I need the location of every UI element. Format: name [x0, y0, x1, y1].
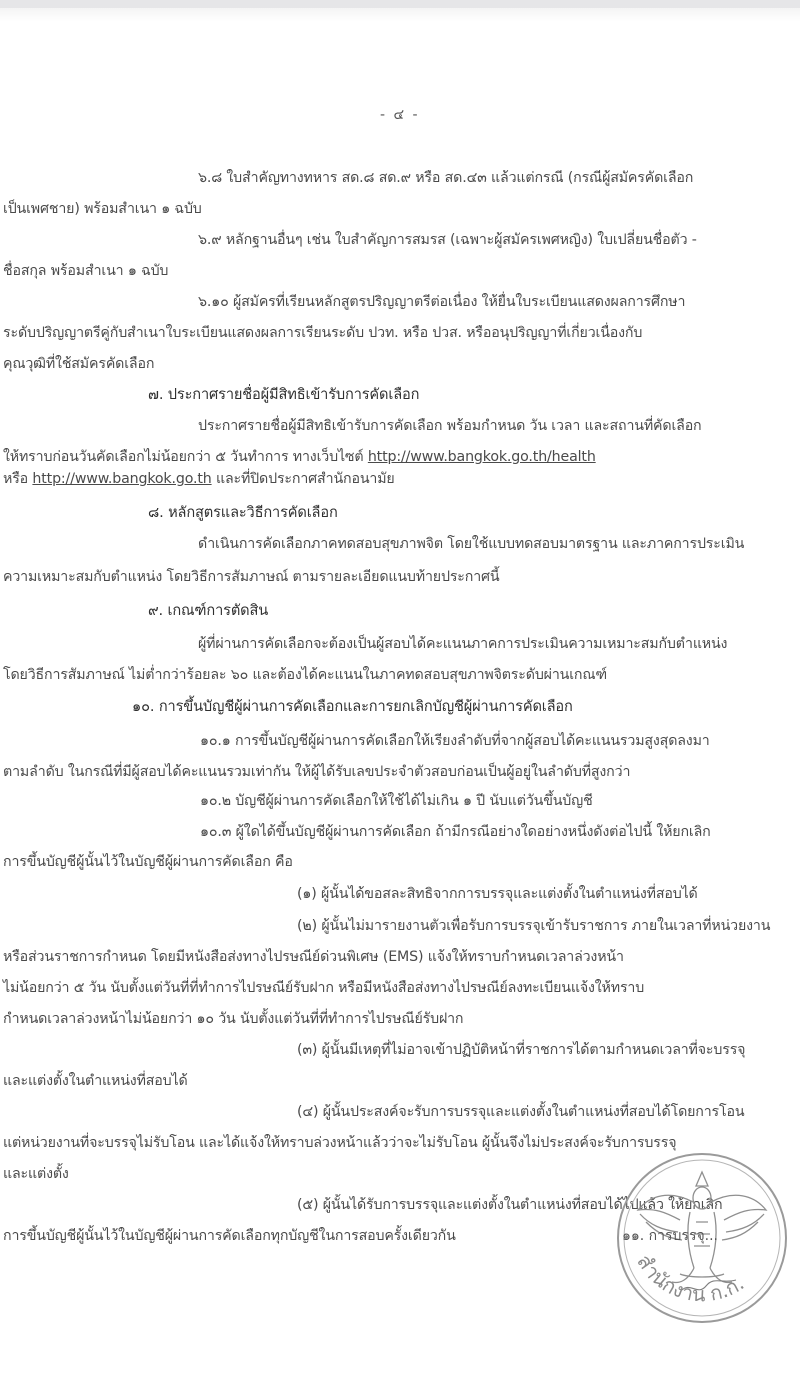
clause-6-9-line-2: ชื่อสกุล พร้อมสำเนา ๑ ฉบับ — [3, 261, 168, 281]
section-10-heading: ๑๐. การขึ้นบัญชีผู้ผ่านการคัดเลือกและการ… — [132, 697, 573, 717]
section-8-heading: ๘. หลักสูตรและวิธีการคัดเลือก — [148, 503, 338, 523]
document-page: - ๔ - ๖.๘ ใบสำคัญทางทหาร สด.๘ สด.๙ หรือ … — [0, 0, 800, 1385]
stamp-text: สำนักงาน ก.ก. — [632, 1250, 748, 1306]
section-7-heading: ๗. ประกาศรายชื่อผู้มีสิทธิเข้ารับการคัดเ… — [148, 385, 419, 405]
clause-10-1-line-2: ตามลำดับ ในกรณีที่มีผู้สอบได้คะแนนรวมเท่… — [3, 762, 630, 782]
next-page-continuation: ๑๑. การบรรจุ... — [622, 1225, 718, 1247]
clause-10-3-line-2: การขึ้นบัญชีผู้นั้นไว้ในบัญชีผู้ผ่านการค… — [3, 852, 293, 872]
section-7-line-1: ประกาศรายชื่อผู้มีสิทธิเข้ารับการคัดเลือ… — [198, 416, 702, 436]
bangkok-website-link[interactable]: http://www.bangkok.go.th — [32, 471, 211, 487]
item-4-line-3: และแต่งตั้ง — [3, 1164, 69, 1184]
clause-6-10-line-1: ๖.๑๐ ผู้สมัครที่เรียนหลักสูตรปริญญาตรีต่… — [198, 292, 685, 312]
item-2-line-3: ไม่น้อยกว่า ๕ วัน นับตั้งแต่วันที่ที่ทำก… — [3, 978, 644, 998]
section-8-line-2: ความเหมาะสมกับตำแหน่ง โดยวิธีการสัมภาษณ์… — [3, 567, 499, 587]
clause-10-2: ๑๐.๒ บัญชีผู้ผ่านการคัดเลือกให้ใช้ได้ไม่… — [200, 791, 593, 811]
clause-10-3-line-1: ๑๐.๓ ผู้ใดได้ขึ้นบัญชีผู้ผ่านการคัดเลือก… — [200, 822, 711, 842]
section-7-line-2: ให้ทราบก่อนวันคัดเลือกไม่น้อยกว่า ๕ วันท… — [3, 447, 596, 467]
section-7-line-3-prefix: หรือ — [3, 471, 32, 487]
clause-6-10-line-3: คุณวุฒิที่ใช้สมัครคัดเลือก — [3, 354, 154, 374]
item-1: (๑) ผู้นั้นได้ขอสละสิทธิจากการบรรจุและแต… — [297, 884, 698, 904]
item-2-line-1: (๒) ผู้นั้นไม่มารายงานตัวเพื่อรับการบรรจ… — [297, 916, 770, 936]
section-7-line-2-text: ให้ทราบก่อนวันคัดเลือกไม่น้อยกว่า ๕ วันท… — [3, 449, 368, 465]
health-website-link[interactable]: http://www.bangkok.go.th/health — [368, 449, 596, 465]
clause-6-8-line-1: ๖.๘ ใบสำคัญทางทหาร สด.๘ สด.๙ หรือ สด.๔๓ … — [198, 168, 693, 188]
item-5-line-2: การขึ้นบัญชีผู้นั้นไว้ในบัญชีผู้ผ่านการค… — [3, 1226, 456, 1246]
clause-6-10-line-2: ระดับปริญญาตรีคู่กับสำเนาใบระเบียนแสดงผล… — [3, 323, 642, 343]
section-9-heading: ๙. เกณฑ์การตัดสิน — [148, 601, 268, 621]
section-7-line-3-suffix: และที่ปิดประกาศสำนักอนามัย — [212, 471, 395, 487]
page-number: - ๔ - — [380, 104, 420, 126]
clause-10-1-line-1: ๑๐.๑ การขึ้นบัญชีผู้ผ่านการคัดเลือกให้เร… — [200, 731, 710, 751]
section-9-line-1: ผู้ที่ผ่านการคัดเลือกจะต้องเป็นผู้สอบได้… — [198, 634, 727, 654]
clause-6-9-line-1: ๖.๙ หลักฐานอื่นๆ เช่น ใบสำคัญการสมรส (เฉ… — [198, 230, 697, 250]
item-2-line-4: กำหนดเวลาล่วงหน้าไม่น้อยกว่า ๑๐ วัน นับต… — [3, 1009, 463, 1029]
item-2-line-2: หรือส่วนราชการกำหนด โดยมีหนังสือส่งทางไป… — [3, 947, 624, 967]
item-3-line-1: (๓) ผู้นั้นมีเหตุที่ไม่อาจเข้าปฏิบัติหน้… — [297, 1040, 745, 1060]
item-4-line-2: แต่หน่วยงานที่จะบรรจุไม่รับโอน และได้แจ้… — [3, 1133, 676, 1153]
section-7-line-3: หรือ http://www.bangkok.go.th และที่ปิดป… — [3, 469, 395, 489]
clause-6-8-line-2: เป็นเพศชาย) พร้อมสำเนา ๑ ฉบับ — [3, 199, 202, 219]
item-4-line-1: (๔) ผู้นั้นประสงค์จะรับการบรรจุและแต่งตั… — [297, 1102, 744, 1122]
item-3-line-2: และแต่งตั้งในตำแหน่งที่สอบได้ — [3, 1071, 188, 1091]
section-8-line-1: ดำเนินการคัดเลือกภาคทดสอบสุขภาพจิต โดยใช… — [198, 534, 744, 554]
section-9-line-2: โดยวิธีการสัมภาษณ์ ไม่ต่ำกว่าร้อยละ ๖๐ แ… — [3, 665, 607, 685]
